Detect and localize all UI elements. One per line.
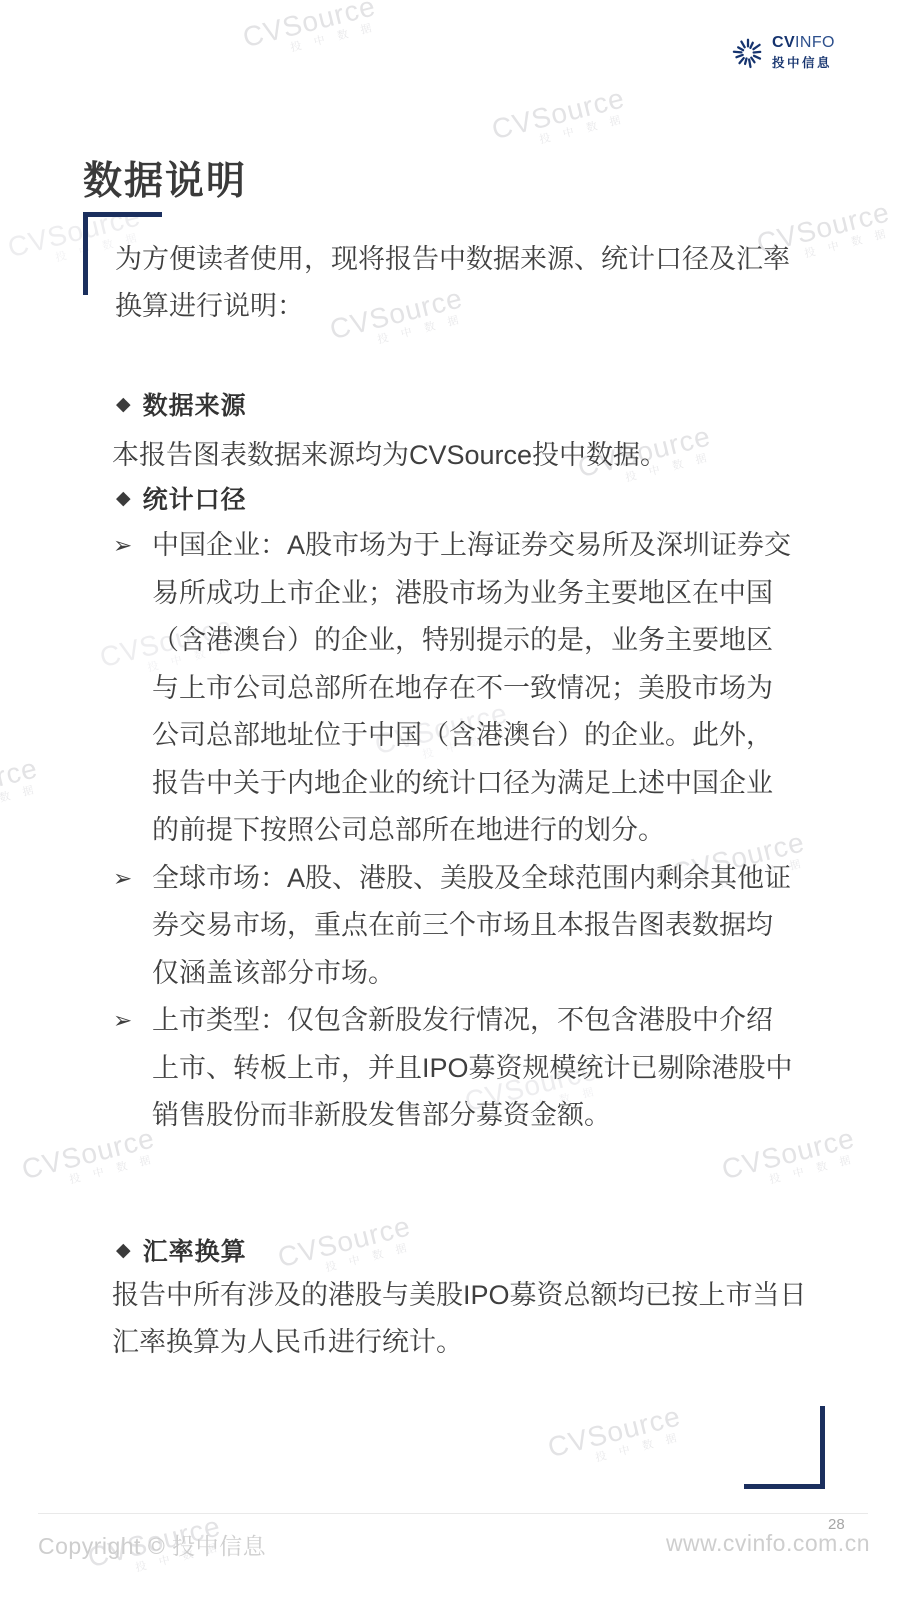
cvsource-watermark: CVSource投 中 数 据 xyxy=(0,752,44,828)
cvinfo-logo: CVINFO 投中信息 xyxy=(731,34,835,71)
page-title: 数据说明 xyxy=(83,150,247,206)
statistic-scope-bullet-list: ➢ 中国企业：A股市场为于上海证券交易所及深圳证券交易所成功上市企业；港股市场为… xyxy=(113,522,803,1140)
cvsource-watermark: CVSource投 中 数 据 xyxy=(240,0,382,66)
cvsource-watermark: CVSource投 中 数 据 xyxy=(489,82,631,158)
section-heading-data-source: ◆ 数据来源 xyxy=(116,386,247,422)
logo-wordmark: CVINFO xyxy=(772,34,835,51)
intro-paragraph: 为方便读者使用，现将报告中数据来源、统计口径及汇率换算进行说明： xyxy=(115,236,797,330)
diamond-bullet-icon: ◆ xyxy=(116,1239,131,1262)
starburst-icon xyxy=(731,35,765,71)
list-item: ➢ 中国企业：A股市场为于上海证券交易所及深圳证券交易所成功上市企业；港股市场为… xyxy=(113,522,803,855)
list-item: ➢ 全球市场：A股、港股、美股及全球范围内剩余其他证券交易市场，重点在前三个市场… xyxy=(113,855,803,998)
section-heading-exchange-rate: ◆ 汇率换算 xyxy=(116,1232,247,1268)
diamond-bullet-icon: ◆ xyxy=(116,487,131,510)
arrow-bullet-icon: ➢ xyxy=(113,522,152,570)
logo-subtitle: 投中信息 xyxy=(772,53,835,71)
exchange-rate-body: 报告中所有涉及的港股与美股IPO募资总额均已按上市当日汇率换算为人民币进行统计。 xyxy=(112,1272,812,1366)
footer-divider xyxy=(38,1513,868,1514)
footer-url: www.cvinfo.com.cn xyxy=(666,1530,870,1557)
section-heading-statistic-scope: ◆ 统计口径 xyxy=(116,480,247,516)
cvsource-watermark: CVSource投 中 数 据 xyxy=(545,1400,687,1476)
arrow-bullet-icon: ➢ xyxy=(113,997,152,1045)
corner-bracket-bottom-right xyxy=(744,1406,825,1489)
list-item: ➢ 上市类型：仅包含新股发行情况，不包含港股中介绍上市、转板上市，并且IPO募资… xyxy=(113,997,803,1140)
data-source-body: 本报告图表数据来源均为CVSource投中数据。 xyxy=(112,432,812,479)
diamond-bullet-icon: ◆ xyxy=(116,393,131,416)
footer-copyright: Copyright © 投中信息 xyxy=(38,1528,266,1561)
report-page: CVSource投 中 数 据 CVSource投 中 数 据 CVSource… xyxy=(0,0,900,1600)
arrow-bullet-icon: ➢ xyxy=(113,855,152,903)
logo-text: CVINFO 投中信息 xyxy=(772,34,835,71)
